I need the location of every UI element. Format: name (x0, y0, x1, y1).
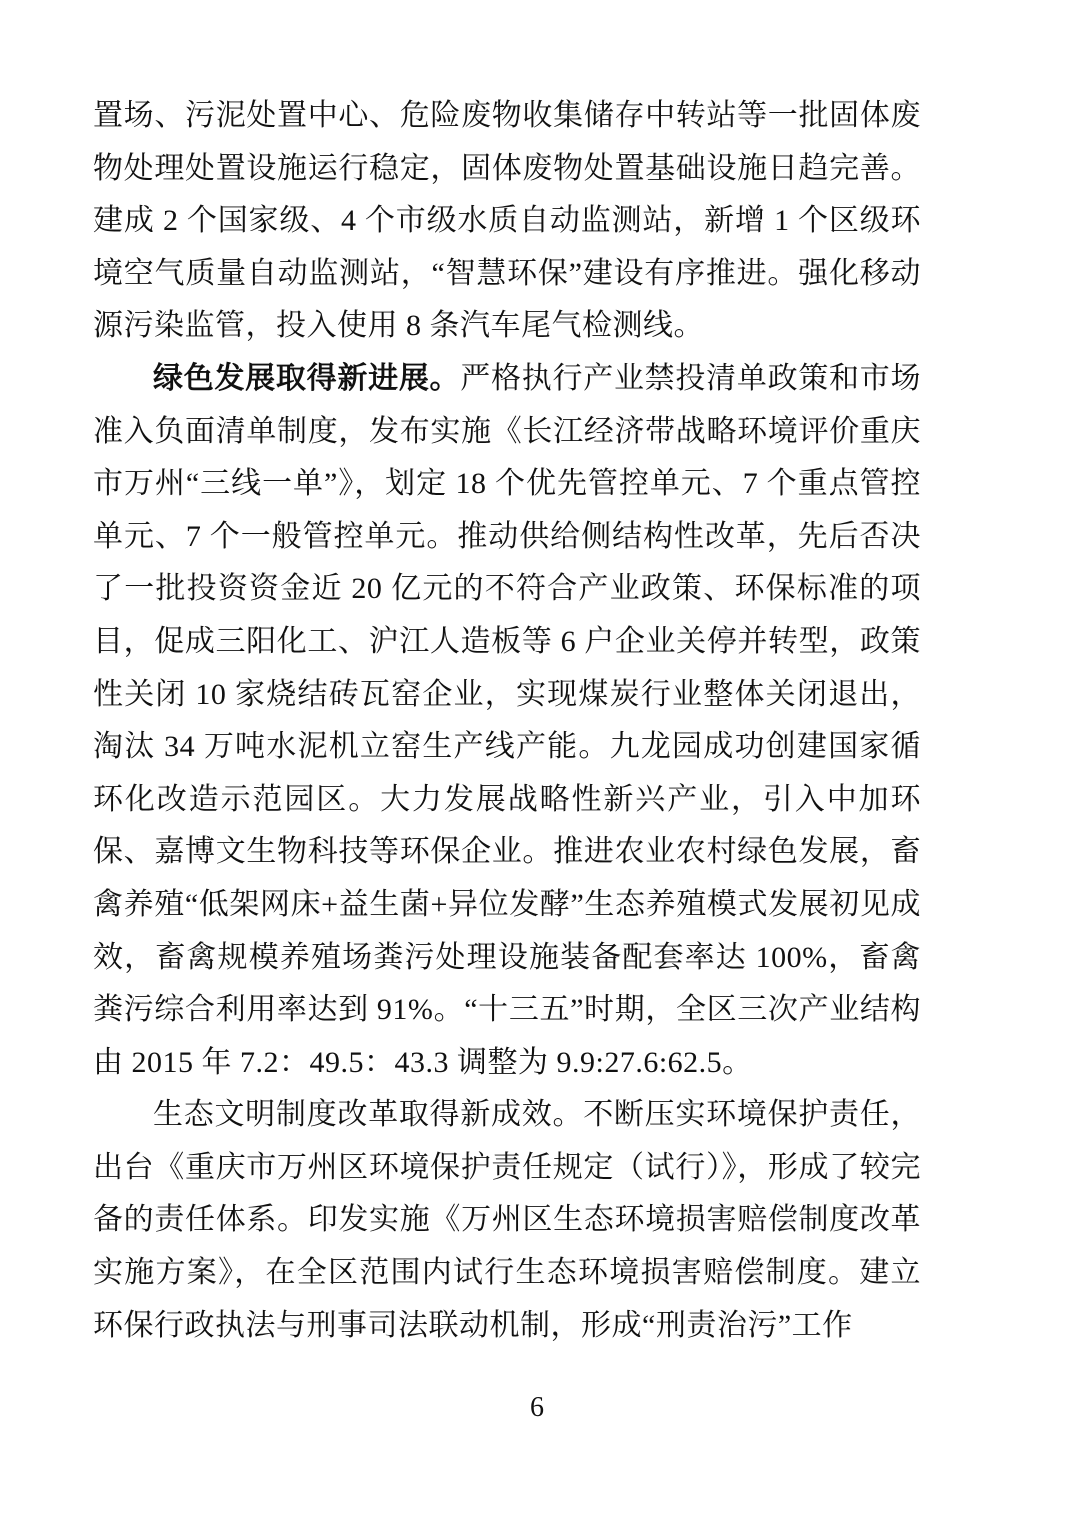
paragraph: 生态文明制度改革取得新成效。不断压实环境保护责任，出台《重庆市万州区环境保护责任… (93, 1089, 921, 1352)
document-body: 置场、污泥处置中心、危险废物收集储存中转站等一批固体废物处理处置设施运行稳定，固… (93, 90, 921, 1352)
paragraph-text: 严格执行产业禁投清单政策和市场准入负面清单制度，发布实施《长江经济带战略环境评价… (93, 362, 921, 1079)
document-page: 置场、污泥处置中心、危险废物收集储存中转站等一批固体废物处理处置设施运行稳定，固… (0, 0, 1074, 1520)
paragraph: 置场、污泥处置中心、危险废物收集储存中转站等一批固体废物处理处置设施运行稳定，固… (93, 90, 921, 353)
paragraph: 绿色发展取得新进展。严格执行产业禁投清单政策和市场准入负面清单制度，发布实施《长… (93, 353, 921, 1089)
page-number: 6 (0, 1392, 1074, 1424)
run-in-heading: 绿色发展取得新进展。 (153, 362, 460, 395)
paragraph-text: 生态文明制度改革取得新成效。不断压实环境保护责任，出台《重庆市万州区环境保护责任… (93, 1098, 921, 1341)
paragraph-text: 置场、污泥处置中心、危险废物收集储存中转站等一批固体废物处理处置设施运行稳定，固… (93, 99, 921, 342)
